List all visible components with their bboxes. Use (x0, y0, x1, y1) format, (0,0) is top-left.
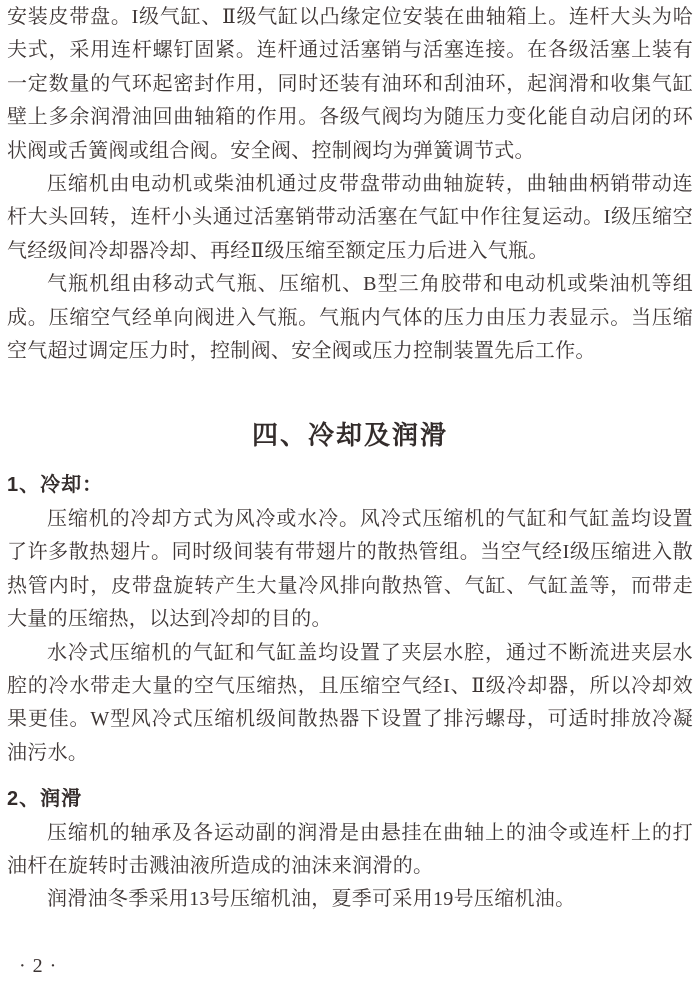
paragraph-oil-grades: 润滑油冬季采用13号压缩机油，夏季可采用19号压缩机油。 (7, 883, 693, 916)
document-page: 安装皮带盘。I级气缸、Ⅱ级气缸以凸缘定位安装在曲轴箱上。连杆大头为哈夫式，采用连… (0, 0, 700, 985)
sub-heading-lubrication: 2、润滑 (7, 783, 693, 816)
page-number: · 2 · (19, 955, 57, 978)
paragraph-air-cooling: 压缩机的冷却方式为风冷或水冷。风冷式压缩机的气缸和气缸盖均设置了许多散热翅片。同… (7, 503, 693, 637)
section-heading-cooling-lubrication: 四、冷却及润滑 (7, 414, 693, 456)
paragraph-lubrication-method: 压缩机的轴承及各运动副的润滑是由悬挂在曲轴上的油令或连杆上的打油杆在旋转时击溅油… (7, 817, 693, 884)
paragraph-water-cooling: 水冷式压缩机的气缸和气缸盖均设置了夹层水腔，通过不断流进夹层水腔的冷水带走大量的… (7, 637, 693, 771)
paragraph-cylinder-unit: 气瓶机组由移动式气瓶、压缩机、B型三角胶带和电动机或柴油机等组成。压缩空气经单向… (7, 268, 693, 368)
paragraph-assembly-continuation: 安装皮带盘。I级气缸、Ⅱ级气缸以凸缘定位安装在曲轴箱上。连杆大头为哈夫式，采用连… (7, 1, 693, 168)
paragraph-drive-mechanism: 压缩机由电动机或柴油机通过皮带盘带动曲轴旋转，曲轴曲柄销带动连杆大头回转，连杆小… (7, 168, 693, 268)
sub-heading-cooling: 1、冷却： (7, 469, 693, 502)
